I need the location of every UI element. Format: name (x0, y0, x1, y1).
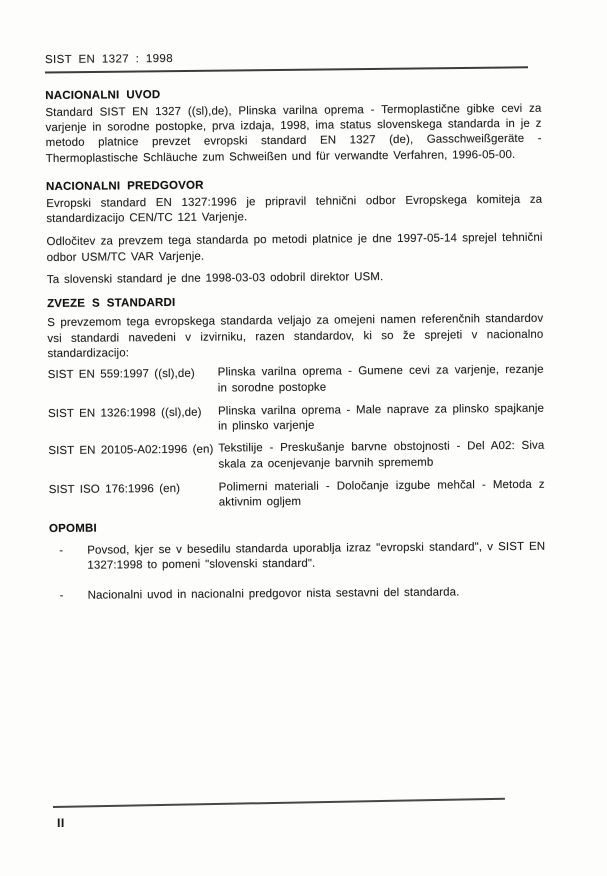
section-title-nacionalni-predgovor: NACIONALNI PREDGOVOR (46, 177, 542, 193)
paragraph-zveze-intro: S prevzemom tega evropskega standarda ve… (47, 312, 543, 362)
document-page: SIST EN 1327 : 1998 NACIONALNI UVOD Stan… (0, 0, 607, 876)
standard-row: SIST ISO 176:1996 (en) Polimerni materia… (49, 478, 545, 513)
page-number: II (57, 816, 65, 830)
header-rule (45, 66, 528, 73)
footer-rule (53, 798, 505, 808)
section-title-opombi: OPOMBI (49, 518, 545, 534)
note-dash-marker: - (50, 589, 88, 605)
paragraph-nacionalni-uvod: Standard SIST EN 1327 ((sl),de), Plinska… (45, 101, 542, 167)
standard-row: SIST EN 1326:1998 ((sl),de) Plinska vari… (48, 402, 544, 437)
standard-desc: Plinska varilna oprema - Male naprave za… (218, 402, 544, 435)
note-text: Povsod, kjer se v besedilu standarda upo… (87, 539, 545, 574)
paragraph-predgovor-1: Evropski standard EN 1327:1996 je pripra… (46, 193, 542, 228)
standard-desc: Polimerni materiali - Določanje izgube m… (219, 478, 545, 511)
paragraph-predgovor-2: Odločitev za prevzem tega standarda po m… (46, 231, 542, 266)
standard-row: SIST EN 559:1997 ((sl),de) Plinska varil… (48, 363, 544, 398)
notes-list: - Povsod, kjer se v besedilu standarda u… (49, 539, 546, 604)
note-item: - Nacionalni uvod in nacionalni predgovo… (50, 585, 546, 605)
standard-ref: SIST ISO 176:1996 (en) (49, 481, 219, 496)
standard-ref: SIST EN 1326:1998 ((sl),de) (48, 404, 218, 419)
note-text: Nacionalni uvod in nacionalni predgovor … (88, 585, 546, 604)
standard-desc: Tekstilije - Preskušanje barvne obstojno… (218, 439, 544, 472)
note-dash-marker: - (49, 543, 87, 559)
note-item: - Povsod, kjer se v besedilu standarda u… (49, 539, 545, 574)
standard-row: SIST EN 20105-A02:1996 (en) Tekstilije -… (48, 439, 544, 474)
section-title-nacionalni-uvod: NACIONALNI UVOD (45, 85, 541, 101)
paragraph-predgovor-3: Ta slovenski standard je dne 1998-03-03 … (47, 269, 543, 289)
running-header-doc-reference: SIST EN 1327 : 1998 (45, 50, 541, 66)
standard-ref: SIST EN 559:1997 ((sl),de) (48, 366, 218, 381)
standard-ref: SIST EN 20105-A02:1996 (en) (48, 442, 218, 457)
standard-desc: Plinska varilna oprema - Gumene cevi za … (218, 363, 544, 396)
page-content: SIST EN 1327 : 1998 NACIONALNI UVOD Stan… (44, 0, 545, 604)
standards-list: SIST EN 559:1997 ((sl),de) Plinska varil… (48, 363, 545, 513)
section-title-zveze-s-standardi: ZVEZE S STANDARDI (47, 294, 543, 310)
